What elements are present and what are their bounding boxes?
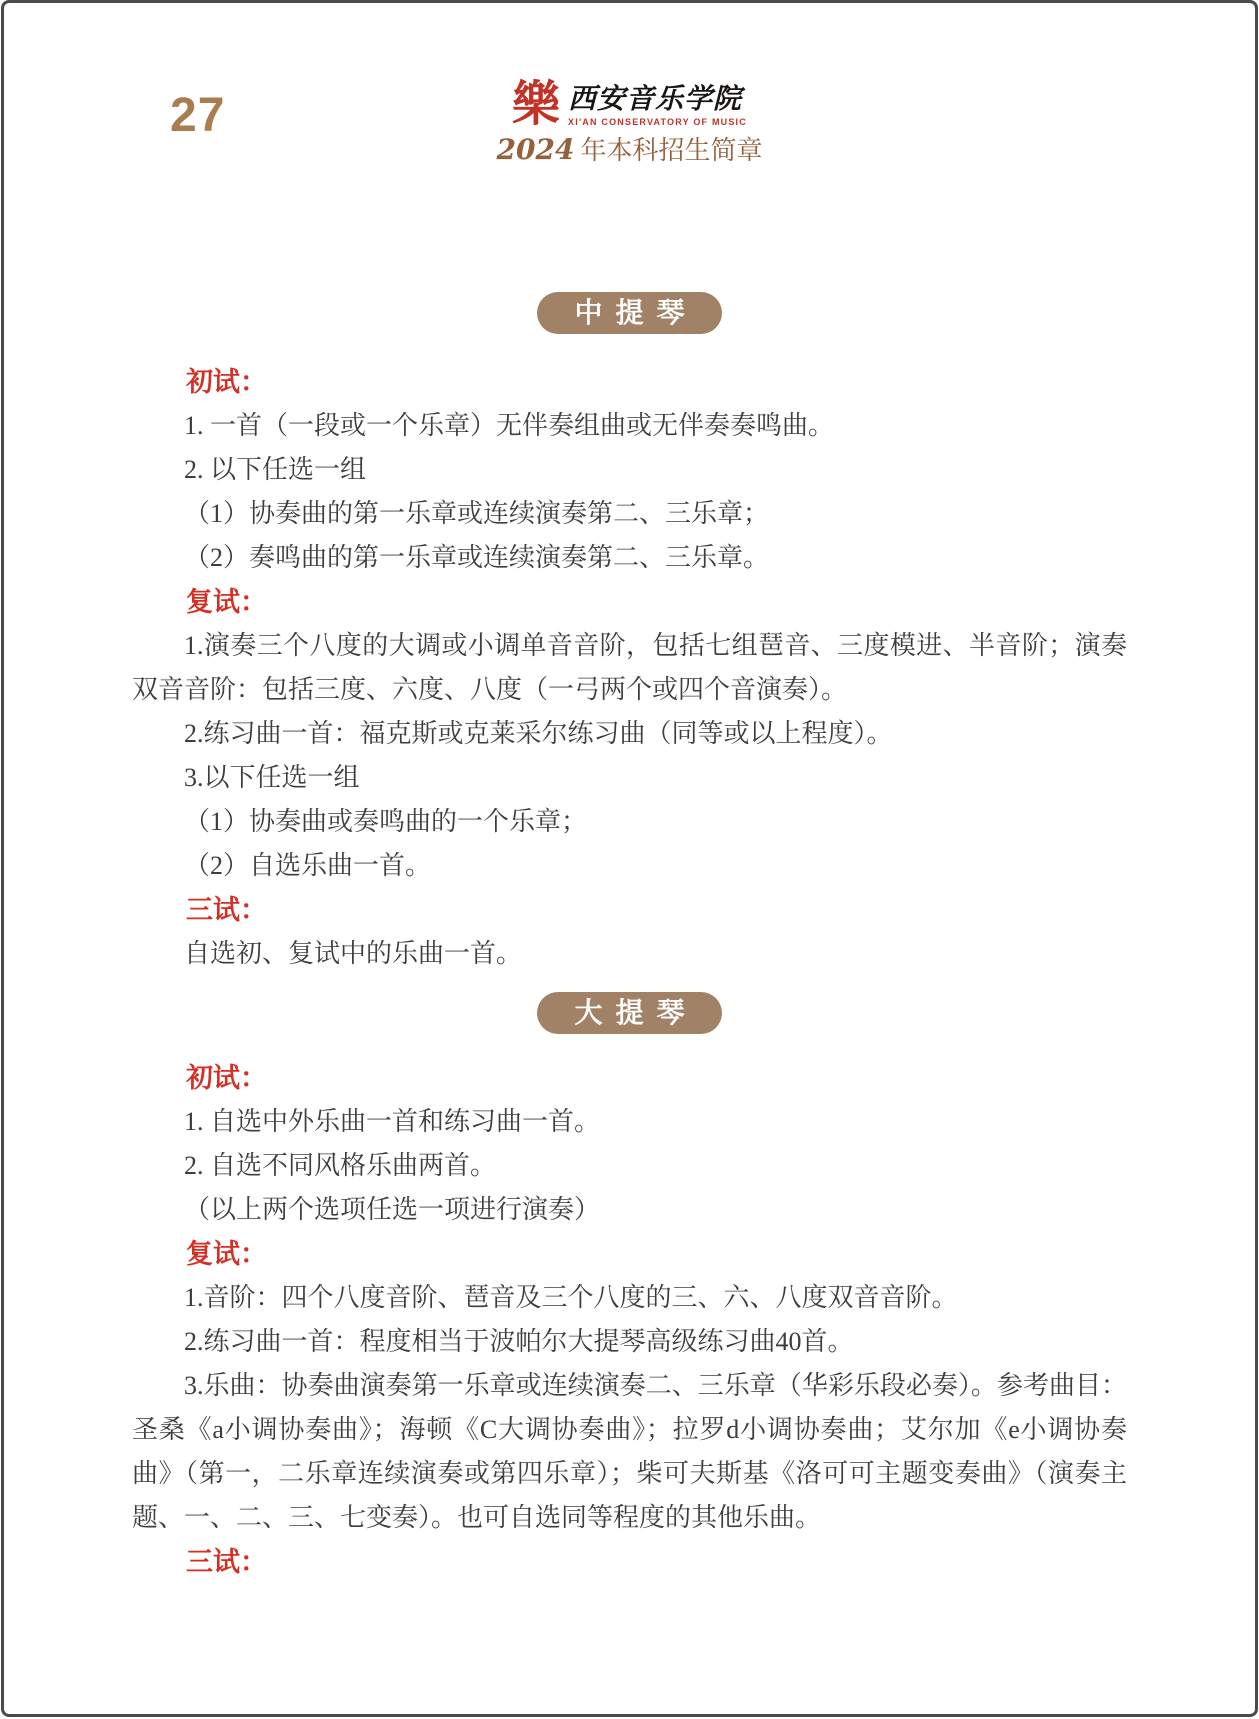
round-label: 初试： — [132, 360, 1127, 404]
round-label: 三试： — [132, 888, 1127, 932]
round-label: 复试： — [132, 580, 1127, 624]
logo-names: 西安音乐学院 XI'AN CONSERVATORY OF MUSIC — [568, 78, 747, 127]
requirement-line: 2. 自选不同风格乐曲两首。 — [132, 1144, 1127, 1188]
requirement-line: （2）自选乐曲一首。 — [132, 844, 1127, 888]
round-label: 三试： — [132, 1540, 1127, 1584]
section-title-viola: 中提琴 — [537, 292, 721, 334]
brochure-subtitle-text: 年本科招生简章 — [580, 136, 762, 165]
requirement-line: 1.演奏三个八度的大调或小调单音音阶，包括七组琶音、三度模进、半音阶；演奏双音音… — [132, 624, 1127, 712]
round-label: 复试： — [132, 1232, 1127, 1276]
requirement-line: （1）协奏曲的第一乐章或连续演奏第二、三乐章； — [132, 492, 1127, 536]
requirement-line: （1）协奏曲或奏鸣曲的一个乐章； — [132, 800, 1127, 844]
requirement-line: （2）奏鸣曲的第一乐章或连续演奏第二、三乐章。 — [132, 536, 1127, 580]
round-label: 初试： — [132, 1056, 1127, 1100]
section-title-cello: 大提琴 — [537, 992, 721, 1034]
requirement-line: 自选初、复试中的乐曲一首。 — [132, 932, 1127, 976]
requirement-line: 2. 以下任选一组 — [132, 448, 1127, 492]
requirement-line: 2.练习曲一首：福克斯或克莱采尔练习曲（同等或以上程度）。 — [132, 712, 1127, 756]
section-title-cello-wrap: 大提琴 — [0, 976, 1259, 1034]
requirement-line: 3.乐曲：协奏曲演奏第一乐章或连续演奏二、三乐章（华彩乐段必奏）。参考曲目：圣桑… — [132, 1364, 1127, 1540]
page-number: 27 — [170, 92, 225, 140]
requirement-line: 3.以下任选一组 — [132, 756, 1127, 800]
section-title-viola-wrap: 中提琴 — [0, 0, 1259, 334]
conservatory-seal-icon: 樂 — [512, 78, 560, 130]
conservatory-logo: 樂 西安音乐学院 XI'AN CONSERVATORY OF MUSIC 202… — [497, 78, 763, 166]
brochure-subtitle: 2024年本科招生简章 — [497, 135, 763, 166]
brochure-page: 27 樂 西安音乐学院 XI'AN CONSERVATORY OF MUSIC … — [0, 0, 1259, 1719]
requirement-line: 2.练习曲一首：程度相当于波帕尔大提琴高级练习曲40首。 — [132, 1320, 1127, 1364]
requirement-line: 1. 自选中外乐曲一首和练习曲一首。 — [132, 1100, 1127, 1144]
requirement-line: （以上两个选项任选一项进行演奏） — [132, 1188, 1127, 1232]
requirement-line: 1.音阶：四个八度音阶、琶音及三个八度的三、六、八度双音音阶。 — [132, 1276, 1127, 1320]
school-name-zh: 西安音乐学院 — [568, 82, 742, 116]
school-name-en: XI'AN CONSERVATORY OF MUSIC — [568, 117, 747, 127]
cello-requirements: 初试： 1. 自选中外乐曲一首和练习曲一首。 2. 自选不同风格乐曲两首。 （以… — [132, 1056, 1127, 1584]
requirement-line: 1. 一首（一段或一个乐章）无伴奏组曲或无伴奏奏鸣曲。 — [132, 404, 1127, 448]
brochure-year: 2024 — [497, 133, 575, 166]
logo-row: 樂 西安音乐学院 XI'AN CONSERVATORY OF MUSIC — [497, 78, 763, 130]
viola-requirements: 初试： 1. 一首（一段或一个乐章）无伴奏组曲或无伴奏奏鸣曲。 2. 以下任选一… — [132, 360, 1127, 976]
